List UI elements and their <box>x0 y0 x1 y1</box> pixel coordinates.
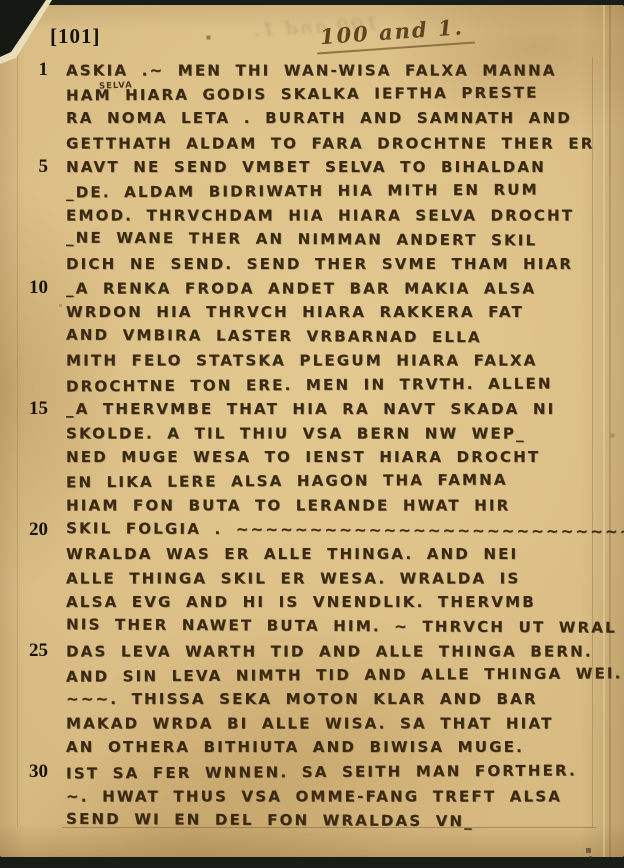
line-text: WRDON HIA THRVCH HIARA RAKKERA FAT <box>66 303 524 321</box>
manuscript-line: AND SIN LEVA NIMTH TID AND ALLE THINGA W… <box>20 663 608 687</box>
line-number: 5 <box>20 156 66 178</box>
manuscript-line: DICH NE SEND. SEND THER SVME THAM HIAR <box>20 252 608 276</box>
line-text: AN OTHERA BITHIUTA AND BIWISA MUGE. <box>66 738 524 756</box>
line-number: 15 <box>20 398 66 420</box>
manuscript-line: ALLE THINGA SKIL ER WESA. WRALDA IS <box>20 566 608 590</box>
line-text: WRALDA WAS ER ALLE THINGA. AND NEI <box>66 545 518 563</box>
manuscript-line: WRALDA WAS ER ALLE THINGA. AND NEI <box>20 542 608 566</box>
manuscript-line: RA NOMA LETA . BURATH AND SAMNATH AND <box>20 106 608 130</box>
manuscript-line: ~~~. THISSA SEKA MOTON KLAR AND BAR <box>20 687 608 711</box>
manuscript-line: NIS THER NAWET BUTA HIM. ~ THRVCH UT WRA… <box>20 614 608 638</box>
line-text: AND SIN LEVA NIMTH TID AND ALLE THINGA W… <box>66 664 623 685</box>
line-text: NED MUGE WESA TO IENST HIARA DROCHT <box>66 448 540 466</box>
manuscript-line: HIAM FON BUTA TO LERANDE HWAT HIR <box>20 493 608 517</box>
line-text: _A THERVMBE THAT HIA RA NAVT SKADA NI <box>66 400 555 418</box>
manuscript-line: SEND WI EN DEL FON WRALDAS VN_ <box>20 808 608 832</box>
line-text: EN LIKA LERE ALSA HAGON THA FAMNA <box>66 471 508 492</box>
line-text: DAS LEVA WARTH TID AND ALLE THINGA BERN. <box>66 642 593 660</box>
line-text: EMOD. THRVCHDAM HIA HIARA SELVA DROCHT <box>66 207 574 225</box>
manuscript-line: EMOD. THRVCHDAM HIA HIARA SELVA DROCHT <box>20 203 608 227</box>
manuscript-page: 100 and 1. [101] 100 and 1. SELVA 1ASKIA… <box>0 5 624 857</box>
manuscript-line: EN LIKA LERE ALSA HAGON THA FAMNA <box>20 469 608 493</box>
line-text: HAM HIARA GODIS SKALKA IEFTHA PRESTE <box>66 84 539 105</box>
line-text: IST SA FER WNNEN. SA SEITH MAN FORTHER. <box>66 761 577 782</box>
manuscript-line: SKOLDE. A TIL THIU VSA BERN NW WEP_ <box>20 421 608 445</box>
line-text: HIAM FON BUTA TO LERANDE HWAT HIR <box>66 497 510 515</box>
line-text: ASKIA .~ MEN THI WAN-WISA FALXA MANNA <box>66 62 557 80</box>
line-text: ALLE THINGA SKIL ER WESA. WRALDA IS <box>66 570 520 588</box>
manuscript-line: AN OTHERA BITHIUTA AND BIWISA MUGE. <box>20 735 608 759</box>
line-number: 10 <box>20 277 66 299</box>
manuscript-line: ALSA EVG AND HI IS VNENDLIK. THERVMB <box>20 590 608 614</box>
manuscript-line: _NE WANE THER AN NIMMAN ANDERT SKIL <box>20 227 608 251</box>
ruled-border-left <box>17 47 18 827</box>
line-text: DICH NE SEND. SEND THER SVME THAM HIAR <box>66 255 573 273</box>
line-text: DROCHTNE TON ERE. MEN IN TRVTH. ALLEN <box>66 374 553 395</box>
line-number: 20 <box>20 519 66 541</box>
line-text: ~. HWAT THUS VSA OMME-FANG TREFT ALSA <box>66 787 562 805</box>
manuscript-line: 10_A RENKA FRODA ANDET BAR MAKIA ALSA <box>20 276 608 300</box>
manuscript-line: 20SKIL FOLGIA . ~~~~~~~~~~~~~~~~~~~~~~~~… <box>20 518 608 542</box>
line-number: 25 <box>20 640 66 662</box>
line-text: SEND WI EN DEL FON WRALDAS VN_ <box>66 810 474 830</box>
page-fold-shadow <box>609 5 611 857</box>
line-text: _DE. ALDAM BIDRIWATH HIA MITH EN RUM <box>66 181 539 202</box>
line-text: ALSA EVG AND HI IS VNENDLIK. THERVMB <box>66 593 536 611</box>
line-text: SKIL FOLGIA . ~~~~~~~~~~~~~~~~~~~~~~~~~~… <box>66 519 624 541</box>
manuscript-line: 15_A THERVMBE THAT HIA RA NAVT SKADA NI <box>20 397 608 421</box>
line-number: 1 <box>20 59 66 81</box>
line-number: 30 <box>20 761 66 783</box>
manuscript-line: WRDON HIA THRVCH HIARA RAKKERA FAT <box>20 300 608 324</box>
line-text: NIS THER NAWET BUTA HIM. ~ THRVCH UT WRA… <box>66 616 617 637</box>
line-text: AND VMBIRA LASTER VRBARNAD ELLA <box>66 326 482 347</box>
line-text: MAKAD WRDA BI ALLE WISA. SA THAT HIAT <box>66 715 554 733</box>
line-text: MITH FELO STATSKA PLEGUM HIARA FALXA <box>66 352 537 370</box>
manuscript-line: GETTHATH ALDAM TO FARA DROCHTNE THER ER <box>20 131 608 155</box>
line-text: ~~~. THISSA SEKA MOTON KLAR AND BAR <box>66 690 538 708</box>
line-text: RA NOMA LETA . BURATH AND SAMNATH AND <box>66 109 572 127</box>
manuscript-line: _DE. ALDAM BIDRIWATH HIA MITH EN RUM <box>20 179 608 203</box>
manuscript-line: 30IST SA FER WNNEN. SA SEITH MAN FORTHER… <box>20 759 608 783</box>
line-text: _NE WANE THER AN NIMMAN ANDERT SKIL <box>66 229 537 250</box>
folio-number: [101] <box>50 24 101 49</box>
manuscript-line: 5NAVT NE SEND VMBET SELVA TO BIHALDAN <box>20 155 608 179</box>
line-text: SKOLDE. A TIL THIU VSA BERN NW WEP_ <box>66 425 526 443</box>
manuscript-line: ~. HWAT THUS VSA OMME-FANG TREFT ALSA <box>20 784 608 808</box>
line-text: NAVT NE SEND VMBET SELVA TO BIHALDAN <box>66 158 546 176</box>
manuscript-line: MAKAD WRDA BI ALLE WISA. SA THAT HIAT <box>20 711 608 735</box>
manuscript-line: HAM HIARA GODIS SKALKA IEFTHA PRESTE <box>20 82 608 106</box>
manuscript-line: 1ASKIA .~ MEN THI WAN-WISA FALXA MANNA <box>20 58 608 82</box>
manuscript-line: 25DAS LEVA WARTH TID AND ALLE THINGA BER… <box>20 639 608 663</box>
manuscript-line: AND VMBIRA LASTER VRBARNAD ELLA <box>20 324 608 348</box>
text-block: 1ASKIA .~ MEN THI WAN-WISA FALXA MANNA H… <box>20 58 608 832</box>
manuscript-line: DROCHTNE TON ERE. MEN IN TRVTH. ALLEN <box>20 372 608 396</box>
line-text: GETTHATH ALDAM TO FARA DROCHTNE THER ER <box>66 134 594 152</box>
line-text: _A RENKA FRODA ANDET BAR MAKIA ALSA <box>66 279 536 297</box>
manuscript-line: NED MUGE WESA TO IENST HIARA DROCHT <box>20 445 608 469</box>
manuscript-line: MITH FELO STATSKA PLEGUM HIARA FALXA <box>20 348 608 372</box>
manuscript-photo: { "page": { "colors": { "backing": "#181… <box>0 0 624 868</box>
